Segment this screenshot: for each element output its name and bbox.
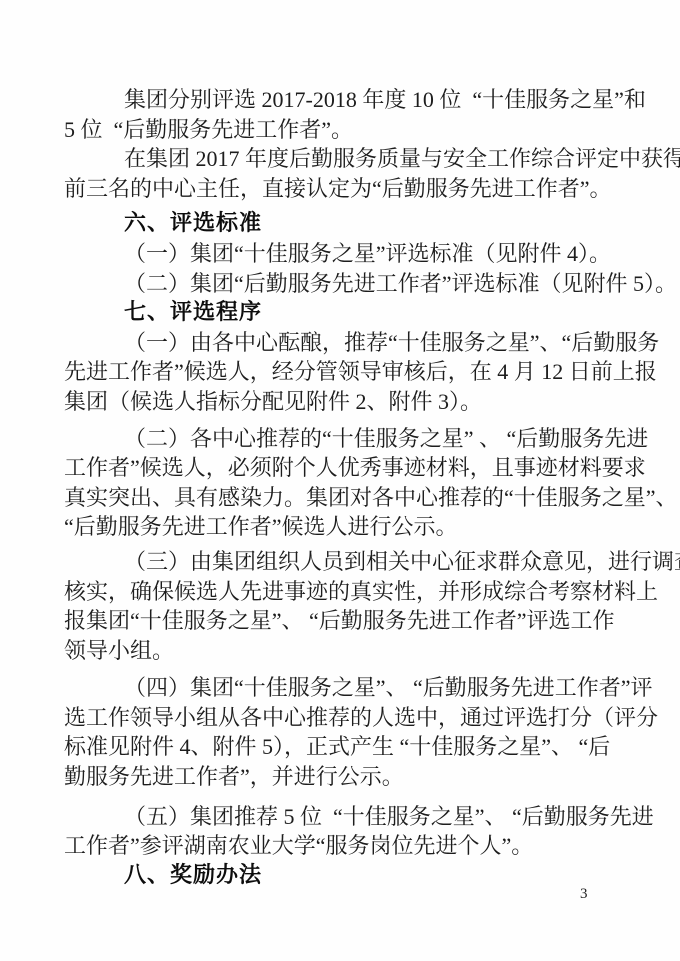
document-body: 集团分别评选 2017-2018 年度 10 位 “十佳服务之星”和 5 位 “… bbox=[64, 85, 616, 890]
text-line: 集团（候选人指标分配见附件 2、附件 3）。 bbox=[64, 387, 616, 417]
text-line: 集团分别评选 2017-2018 年度 10 位 “十佳服务之星”和 bbox=[64, 85, 616, 115]
text-line: 核实，确保候选人先进事迹的真实性，并形成综合考察材料上 bbox=[64, 577, 616, 607]
text-line: （二）集团“后勤服务先进工作者”评选标准（见附件 5）。 bbox=[64, 269, 616, 299]
text-line: （四）集团“十佳服务之星”、 “后勤服务先进工作者”评 bbox=[64, 673, 616, 703]
text-line: （一）集团“十佳服务之星”评选标准（见附件 4）。 bbox=[64, 239, 616, 269]
text-line: （五）集团推荐 5 位 “十佳服务之星”、 “后勤服务先进 bbox=[64, 802, 616, 832]
text-line: 先进工作者”候选人，经分管领导审核后，在 4 月 12 日前上报 bbox=[64, 357, 616, 387]
text-line: 勤服务先进工作者”，并进行公示。 bbox=[64, 762, 616, 792]
text-line: （一）由各中心酝酿，推荐“十佳服务之星”、“后勤服务 bbox=[64, 328, 616, 358]
text-line: 5 位 “后勤服务先进工作者”。 bbox=[64, 115, 616, 145]
text-line: 前三名的中心主任，直接认定为“后勤服务先进工作者”。 bbox=[64, 174, 616, 204]
text-line: （二）各中心推荐的“十佳服务之星” 、 “后勤服务先进 bbox=[64, 424, 616, 454]
text-line: 选工作领导小组从各中心推荐的人选中，通过评选打分（评分 bbox=[64, 703, 616, 733]
page-number: 3 bbox=[580, 886, 588, 903]
text-line: “后勤服务先进工作者”候选人进行公示。 bbox=[64, 512, 616, 542]
text-line: 领导小组。 bbox=[64, 636, 616, 666]
text-line: 标准见附件 4、附件 5），正式产生 “十佳服务之星”、 “后 bbox=[64, 732, 616, 762]
text-line: 工作者”参评湖南农业大学“服务岗位先进个人”。 bbox=[64, 831, 616, 861]
section-heading-7: 七、评选程序 bbox=[64, 298, 616, 328]
text-line: 工作者”候选人，必须附个人优秀事迹材料，且事迹材料要求 bbox=[64, 453, 616, 483]
text-line: 报集团“十佳服务之星”、 “后勤服务先进工作者”评选工作 bbox=[64, 606, 616, 636]
text-line: 在集团 2017 年度后勤服务质量与安全工作综合评定中获得 bbox=[64, 144, 616, 174]
document-page: 集团分别评选 2017-2018 年度 10 位 “十佳服务之星”和 5 位 “… bbox=[0, 0, 680, 961]
text-line: （三）由集团组织人员到相关中心征求群众意见，进行调查 bbox=[64, 547, 616, 577]
section-heading-6: 六、评选标准 bbox=[64, 209, 616, 239]
section-heading-8: 八、奖励办法 bbox=[64, 861, 616, 891]
text-line: 真实突出、具有感染力。集团对各中心推荐的“十佳服务之星”、 bbox=[64, 483, 616, 513]
